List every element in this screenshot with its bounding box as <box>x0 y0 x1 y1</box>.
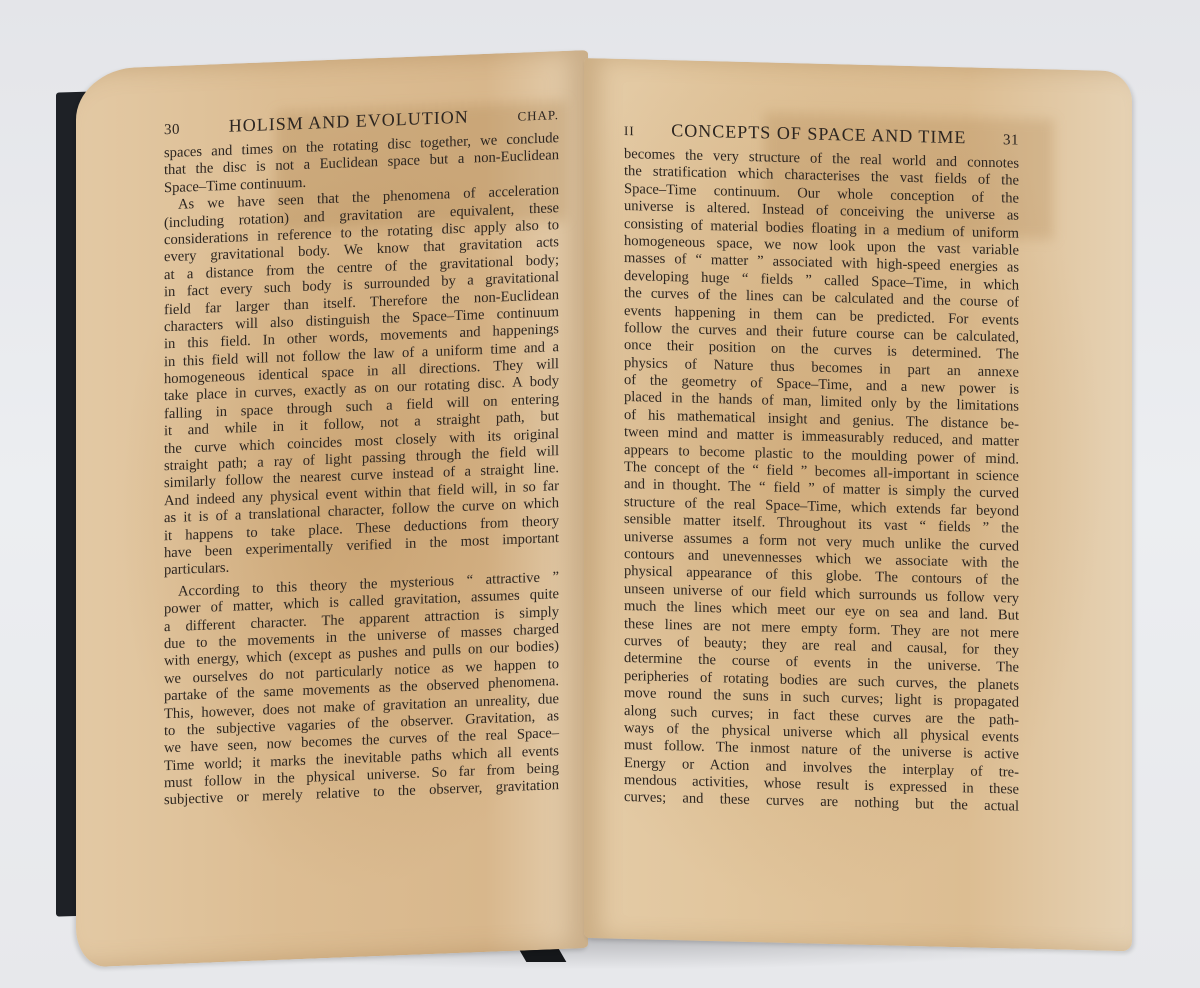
running-title: HOLISM AND EVOLUTION <box>229 107 469 137</box>
chapter-label: CHAP. <box>517 107 559 125</box>
page-number: 31 <box>1003 132 1019 149</box>
left-page: 30 HOLISM AND EVOLUTION CHAP. spaces and… <box>76 50 588 968</box>
left-page-text-block: 30 HOLISM AND EVOLUTION CHAP. spaces and… <box>164 103 559 810</box>
page-number: 30 <box>164 122 180 140</box>
right-page-text-block: II CONCEPTS OF SPACE AND TIME 31 becomes… <box>624 119 1019 816</box>
right-page: II CONCEPTS OF SPACE AND TIME 31 becomes… <box>584 58 1132 951</box>
chapter-label: II <box>624 123 635 139</box>
